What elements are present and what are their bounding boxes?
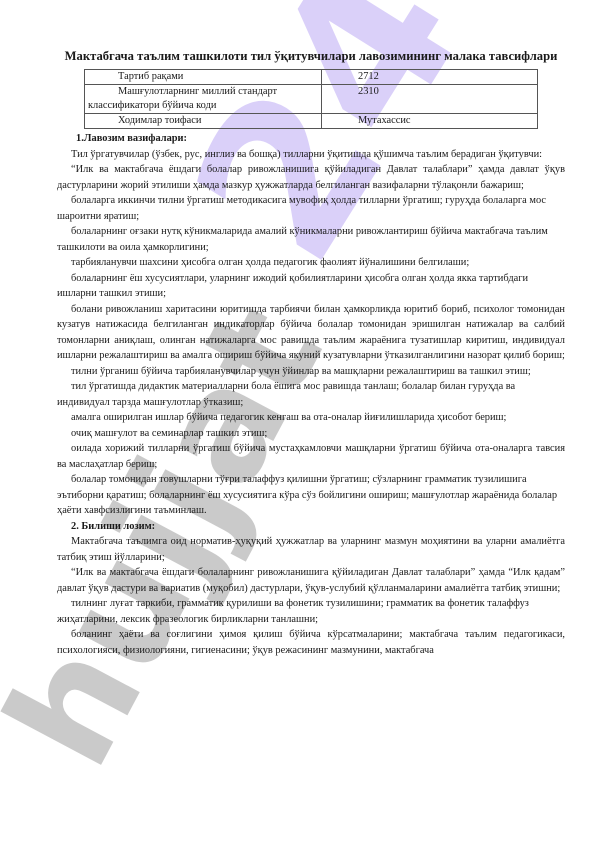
- section-heading: 2. Билиши лозим:: [57, 519, 565, 535]
- paragraph: болаларга иккинчи тилни ўргатиш методика…: [57, 193, 565, 224]
- document-body: Мактабгача таълим ташкилоти тил ўқитувчи…: [57, 49, 565, 658]
- paragraph: болаларнинг оғзаки нутқ кўникмаларида ам…: [57, 224, 565, 255]
- paragraph: тарбияланувчи шахсини ҳисобга олган ҳолд…: [57, 255, 565, 271]
- paragraph: болаларнинг ёш хусусиятлари, уларнинг иж…: [57, 271, 565, 302]
- paragraph: “Илк ва мактабгача ёшдаги болалар ривожл…: [57, 162, 565, 193]
- table-row: Тартиб рақами 2712: [85, 70, 538, 85]
- table-key: Машғулотларнинг миллий стандарт классифи…: [85, 85, 322, 114]
- table-value: Мутахассис: [322, 114, 538, 129]
- paragraph: тилнинг луғат таркиби, грамматик қурилиш…: [57, 596, 565, 627]
- paragraph: “Илк ва мактабгача ёшдаги болаларнинг ри…: [57, 565, 565, 596]
- table-row: Ходимлар тоифаси Мутахассис: [85, 114, 538, 129]
- paragraph: боланинг ҳаёти ва соғлигини ҳимоя қилиш …: [57, 627, 565, 658]
- table-key: Ходимлар тоифаси: [85, 114, 322, 129]
- table-value: 2712: [322, 70, 538, 85]
- paragraph: оилада хорижий тилларни ўргатиш бўйича м…: [57, 441, 565, 472]
- info-table: Тартиб рақами 2712 Машғулотларнинг милли…: [84, 69, 538, 129]
- paragraph: Тил ўргатувчилар (ўзбек, рус, инглиз ва …: [57, 147, 565, 163]
- paragraph: болалар томонидан товушларни тўғри талаф…: [57, 472, 565, 519]
- paragraph: Мактабгача таълимга оид норматив-ҳуқуқий…: [57, 534, 565, 565]
- paragraph: тилни ўрганиш бўйича тарбияланувчилар уч…: [57, 364, 565, 380]
- section-heading: 1.Лавозим вазифалари:: [57, 131, 565, 147]
- document-title: Мактабгача таълим ташкилоти тил ўқитувчи…: [57, 49, 565, 64]
- table-value: 2310: [322, 85, 538, 114]
- paragraph: амалга оширилган ишлар бўйича педагогик …: [57, 410, 565, 426]
- paragraph: тил ўргатишда дидактик материалларни бол…: [57, 379, 565, 410]
- paragraph: очиқ машғулот ва семинарлар ташкил этиш;: [57, 426, 565, 442]
- table-row: Машғулотларнинг миллий стандарт классифи…: [85, 85, 538, 114]
- paragraph: болани ривожланиш харитасини юритишда та…: [57, 302, 565, 364]
- table-key: Тартиб рақами: [85, 70, 322, 85]
- document-page: 24 hujjat Мактабгача таълим ташкилоти ти…: [0, 0, 596, 842]
